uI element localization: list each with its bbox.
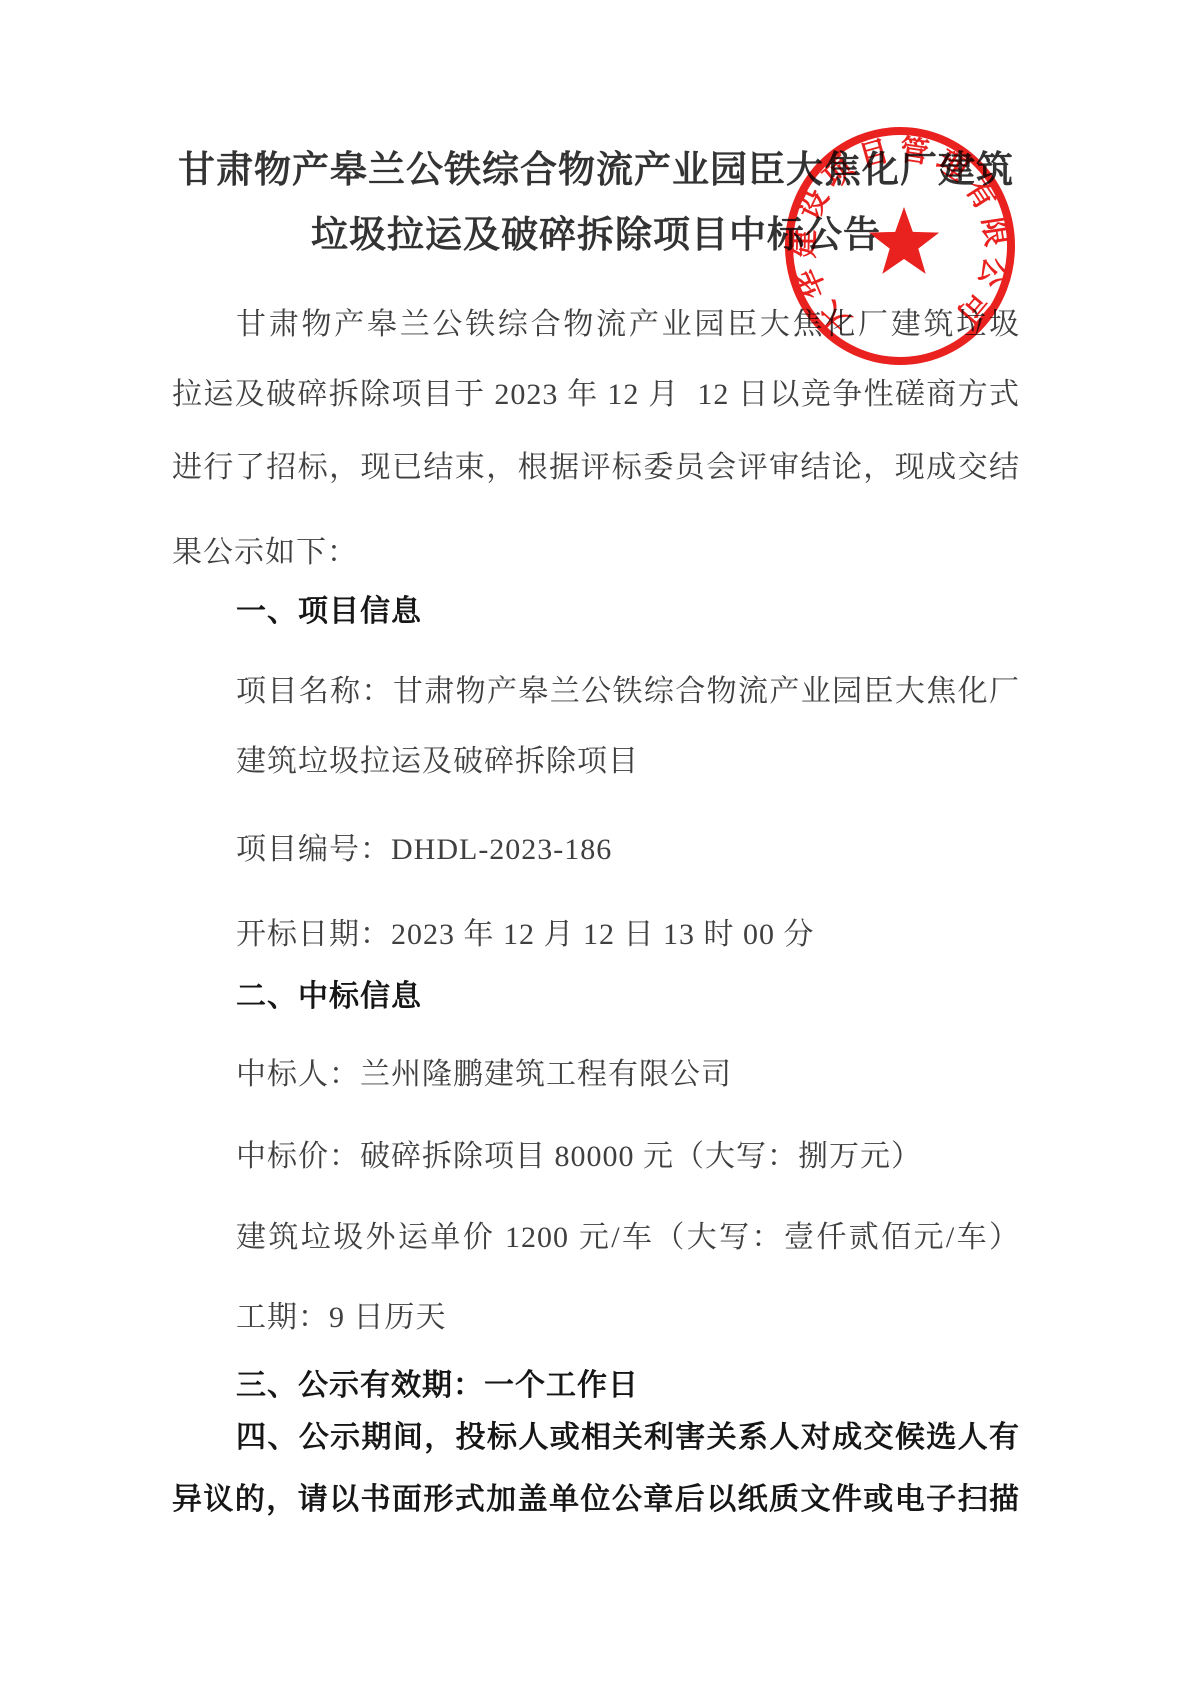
winning-bidder: 中标人：兰州隆鹏建筑工程有限公司 — [172, 1057, 1020, 1093]
section-2-heading: 二、中标信息 — [172, 979, 1020, 1015]
intro-paragraph-line-2: 拉运及破碎拆除项目于 2023 年 12 月 12 日以竞争性磋商方式 — [172, 377, 1020, 413]
section-4-heading-line-2: 异议的，请以书面形式加盖单位公章后以纸质文件或电子扫描 — [172, 1482, 1020, 1518]
section-1-heading: 一、项目信息 — [172, 594, 1020, 630]
intro-paragraph-line-4: 果公示如下： — [172, 535, 1020, 571]
document-title-line-1: 甘肃物产皋兰公铁综合物流产业园臣大焦化厂建筑 — [172, 149, 1020, 193]
section-4-heading-line-1: 四、公示期间，投标人或相关利害关系人对成交候选人有 — [172, 1420, 1020, 1456]
document-title-line-2: 垃圾拉运及破碎拆除项目中标公告 — [172, 214, 1020, 258]
unit-price: 建筑垃圾外运单价 1200 元/车（大写：壹仟贰佰元/车） — [172, 1220, 1020, 1256]
intro-paragraph-line-1: 甘肃物产皋兰公铁综合物流产业园臣大焦化厂建筑垃圾 — [172, 307, 1020, 343]
project-number: 项目编号：DHDL-2023-186 — [172, 832, 1020, 868]
winning-price: 中标价：破碎拆除项目 80000 元（大写：捌万元） — [172, 1139, 1020, 1175]
section-3-heading: 三、公示有效期：一个工作日 — [172, 1368, 1020, 1404]
bid-opening-date: 开标日期：2023 年 12 月 12 日 13 时 00 分 — [172, 917, 1020, 953]
project-name-line-1: 项目名称：甘肃物产皋兰公铁综合物流产业园臣大焦化厂 — [172, 674, 1020, 710]
construction-duration: 工期：9 日历天 — [172, 1300, 1020, 1336]
document-page: 甘肃物产皋兰公铁综合物流产业园臣大焦化厂建筑 垃圾拉运及破碎拆除项目中标公告 甘… — [0, 0, 1191, 1684]
intro-paragraph-line-3: 进行了招标，现已结束，根据评标委员会评审结论，现成交结 — [172, 450, 1020, 486]
project-name-line-2: 建筑垃圾拉运及破碎拆除项目 — [172, 744, 1020, 780]
